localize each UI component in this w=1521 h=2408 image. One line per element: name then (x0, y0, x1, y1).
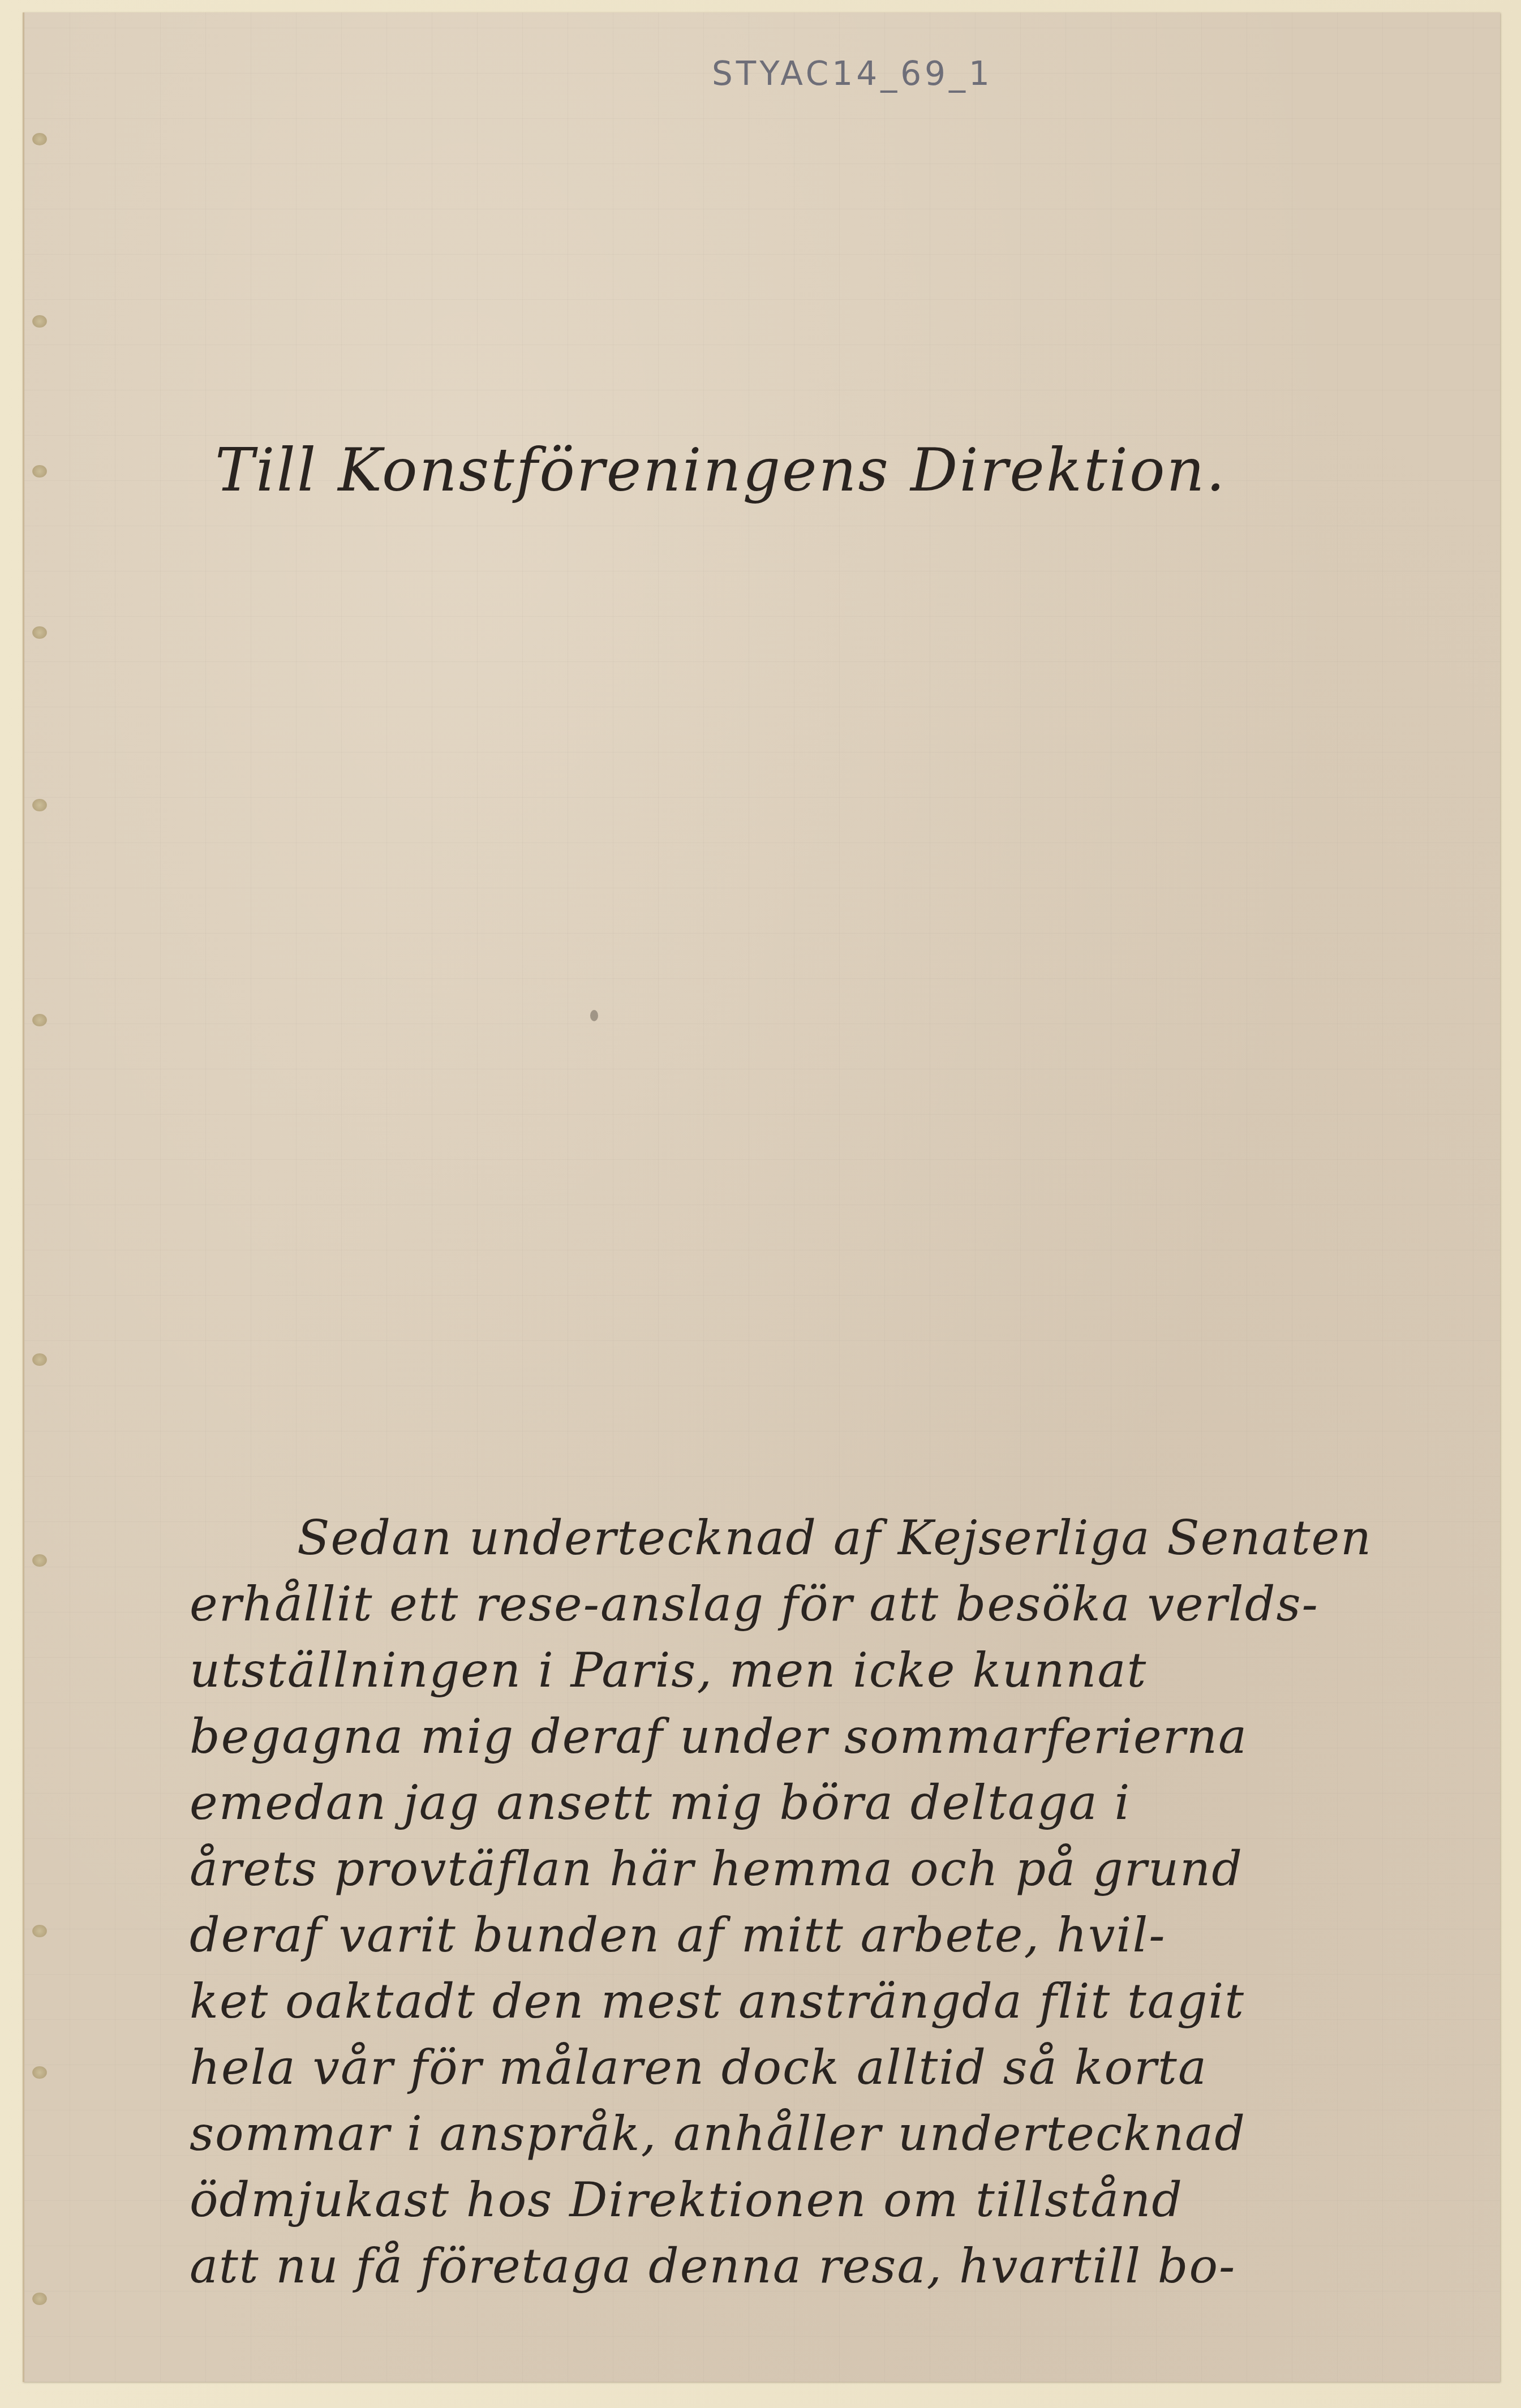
punch-hole (32, 2293, 47, 2305)
body-line: utställningen i Paris, men icke kunnat (190, 1637, 1491, 1704)
body-line: årets provtäflan här hemma och på grund (190, 1836, 1491, 1902)
ink-stain (590, 1010, 598, 1021)
body-line: hela vår för målaren dock alltid så kort… (190, 2035, 1491, 2101)
body-line: begagna mig deraf under sommarferierna (190, 1704, 1491, 1770)
punch-hole (32, 1554, 47, 1567)
punch-hole (32, 465, 47, 478)
punch-hole (32, 1925, 47, 1937)
letter-body: Sedan undertecknad af Kejserliga Senaten… (190, 1505, 1491, 2299)
punch-hole (32, 133, 47, 145)
letter-heading: Till Konstföreningens Direktion. (215, 436, 1227, 505)
body-line: sommar i anspråk, anhåller undertecknad (190, 2101, 1491, 2167)
body-line: ket oaktadt den mest ansträngda flit tag… (190, 1968, 1491, 2035)
punch-hole (32, 2066, 47, 2079)
body-line: att nu få företaga denna resa, hvartill … (190, 2233, 1491, 2299)
body-line: deraf varit bunden af mitt arbete, hvil- (190, 1902, 1491, 1968)
punch-hole (32, 1014, 47, 1026)
punch-hole (32, 1353, 47, 1366)
body-line: erhållit ett rese-anslag för att besöka … (190, 1571, 1491, 1637)
body-line: emedan jag ansett mig böra deltaga i (190, 1770, 1491, 1836)
archive-mark: STYAC14_69_1 (712, 54, 993, 93)
body-line: Sedan undertecknad af Kejserliga Senaten (190, 1505, 1491, 1571)
body-line: ödmjukast hos Direktionen om tillstånd (190, 2167, 1491, 2233)
punch-hole (32, 799, 47, 811)
punch-hole (32, 315, 47, 328)
punch-hole (32, 626, 47, 639)
